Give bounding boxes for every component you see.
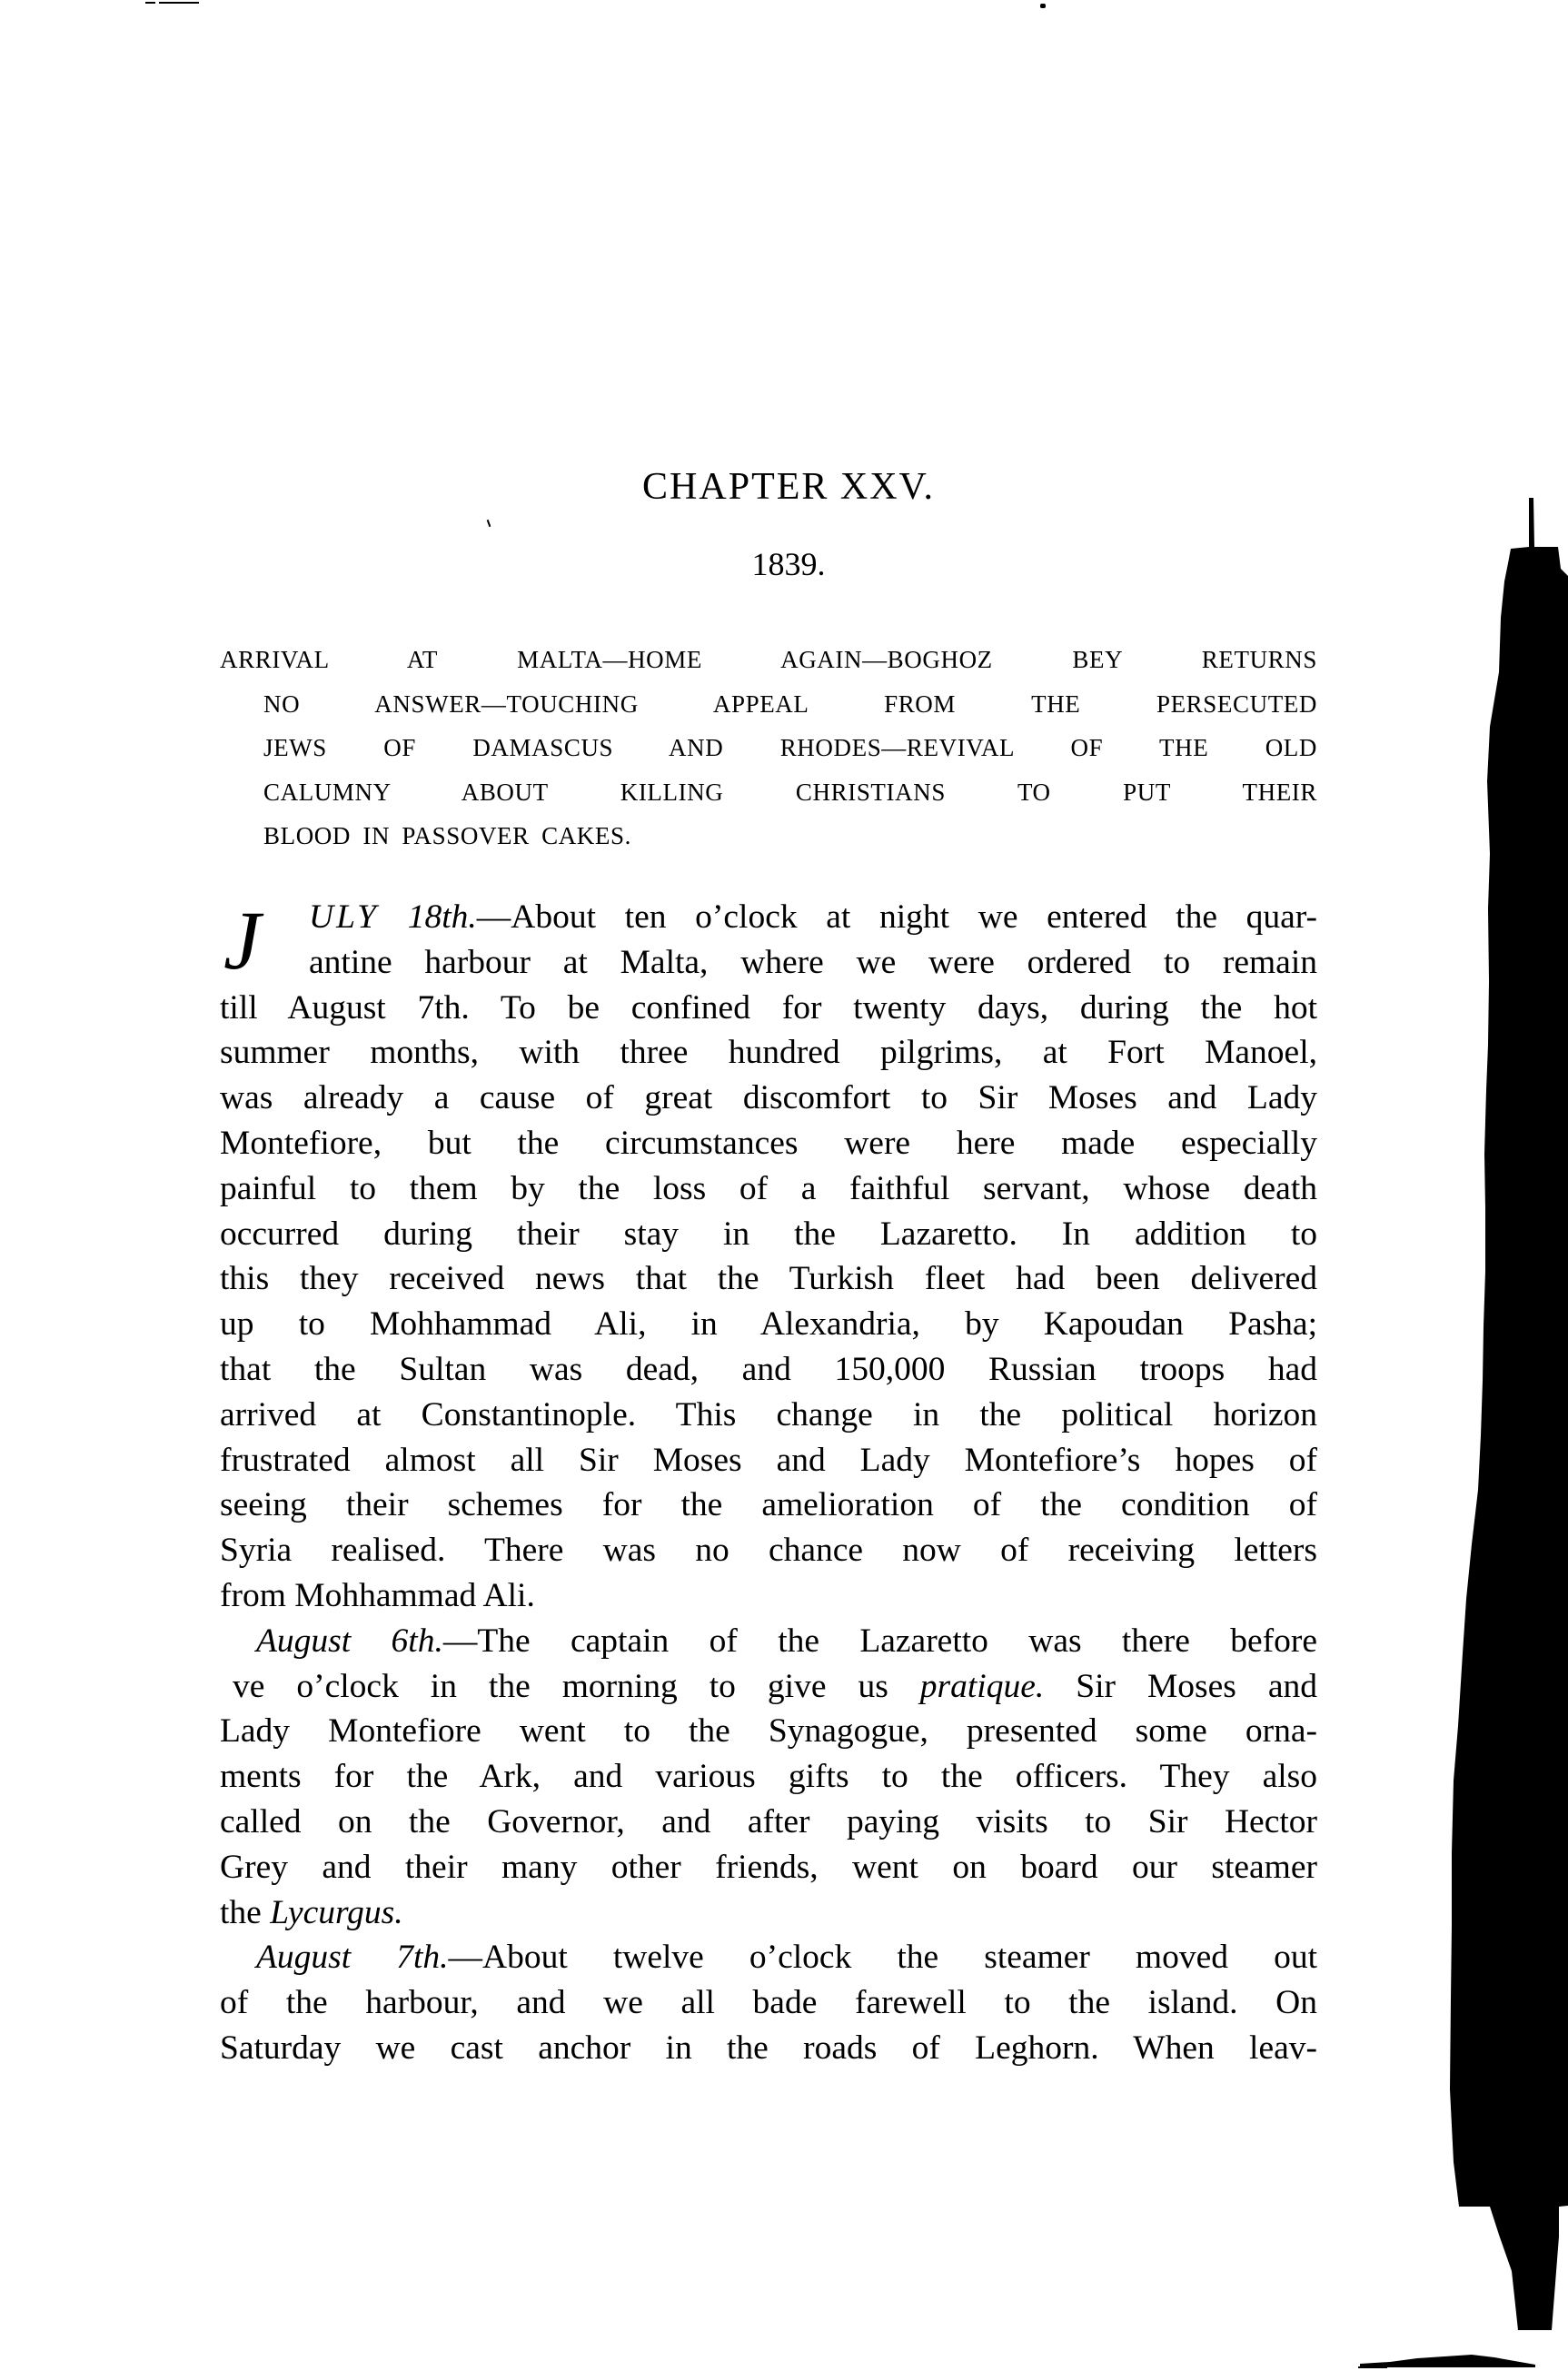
chapter-title: CHAPTER XXV.: [0, 465, 1568, 509]
synopsis-line: NO ANSWER—TOUCHING APPEAL FROM THE PERSE…: [263, 682, 1317, 727]
body-line: called on the Governor, and after paying…: [220, 1800, 1317, 1845]
body-line: Lady Montefiore went to the Synagogue, p…: [220, 1709, 1317, 1754]
body-line: was already a cause of great discomfort …: [220, 1076, 1317, 1121]
body-line: summer months, with three hundred pilgri…: [220, 1030, 1317, 1076]
scan-artifact-tick: [487, 520, 491, 527]
body-line: ULY 18th.—About ten o’clock at night we …: [220, 895, 1317, 940]
body-line: antine harbour at Malta, where we were o…: [220, 940, 1317, 986]
synopsis-line: JEWS OF DAMASCUS AND RHODES—REVIVAL OF T…: [263, 726, 1317, 770]
drop-cap: J: [223, 898, 261, 982]
body-line-text: —The captain of the Lazaretto was there …: [443, 1622, 1317, 1660]
body-line: August 7th.—About twelve o’clock the ste…: [220, 1935, 1317, 1980]
body-line: occurred during their stay in the Lazare…: [220, 1212, 1317, 1257]
body-line: this they received news that the Turkish…: [220, 1256, 1317, 1302]
entry-date: 18th.: [408, 898, 477, 936]
body-line-text: the: [220, 1894, 270, 1931]
body-line: Syria realised. There was no chance now …: [220, 1528, 1317, 1573]
body-line: Saturday we cast anchor in the roads of …: [220, 2026, 1317, 2071]
body-line: seeing their schemes for the amelioratio…: [220, 1483, 1317, 1528]
body-line: Montefiore, but the circumstances were h…: [220, 1121, 1317, 1166]
body-line: frustrated almost all Sir Moses and Lady…: [220, 1438, 1317, 1483]
body-line: painful to them by the loss of a faithfu…: [220, 1166, 1317, 1212]
body-line-text: —About ten o’clock at night we entered t…: [477, 898, 1317, 936]
synopsis-line: CALUMNY ABOUT KILLING CHRISTIANS TO PUT …: [263, 770, 1317, 815]
body-line: August 6th.—The captain of the Lazaretto…: [220, 1619, 1317, 1664]
italic-term: pratique.: [920, 1668, 1044, 1705]
body-text: J ULY 18th.—About ten o’clock at night w…: [220, 895, 1317, 2071]
scan-artifact-dot: [1040, 4, 1046, 8]
entry-date: August 6th.: [256, 1622, 443, 1660]
synopsis-line: ARRIVAL AT MALTA—HOME AGAIN—BOGHOZ BEY R…: [220, 638, 1317, 682]
chapter-synopsis: ARRIVAL AT MALTA—HOME AGAIN—BOGHOZ BEY R…: [220, 638, 1317, 858]
body-line: up to Mohhammad Ali, in Alexandria, by K…: [220, 1302, 1317, 1347]
scan-artifact-line: [145, 2, 155, 4]
body-line: till August 7th. To be confined for twen…: [220, 986, 1317, 1031]
body-line: of the harbour, and we all bade farewell…: [220, 1980, 1317, 2026]
scan-artifact-line: [159, 2, 199, 4]
body-line: the Lycurgus.: [220, 1890, 1317, 1936]
body-line-text: —About twelve o’clock the steamer moved …: [449, 1939, 1317, 1976]
body-line: from Mohhammad Ali.: [220, 1573, 1317, 1619]
entry-date-smallcaps: ULY: [309, 898, 379, 936]
ship-name: Lycurgus.: [270, 1894, 402, 1931]
synopsis-line: BLOOD IN PASSOVER CAKES.: [263, 814, 1317, 858]
body-line-text: ve o’clock in the morning to give us: [233, 1668, 920, 1705]
body-line: arrived at Constantinople. This change i…: [220, 1393, 1317, 1438]
body-line: Grey and their many other friends, went …: [220, 1845, 1317, 1890]
chapter-year: 1839.: [0, 545, 1568, 583]
body-line: that the Sultan was dead, and 150,000 Ru…: [220, 1347, 1317, 1393]
body-line: ments for the Ark, and various gifts to …: [220, 1754, 1317, 1800]
entry-date: August 7th.: [256, 1939, 449, 1976]
body-line: ve o’clock in the morning to give us pra…: [220, 1664, 1317, 1710]
body-line-text: Sir Moses and: [1044, 1668, 1317, 1705]
